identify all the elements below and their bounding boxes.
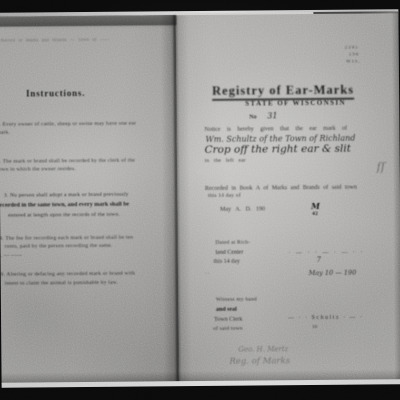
open-book-spread: Record of Marks and Brands — Town of —— … bbox=[0, 9, 400, 387]
signature-line1: Geo. H. Mertz bbox=[238, 346, 288, 353]
signature-line2: Reg. of Marks bbox=[229, 357, 290, 366]
dated-line2: land Center bbox=[215, 250, 243, 256]
pen-flourish: ſſ bbox=[377, 161, 385, 172]
witness-line1: Witness my hand bbox=[216, 298, 257, 304]
dated-line3: this 14 day bbox=[214, 259, 240, 265]
dated-line4: · · bbox=[205, 272, 210, 277]
dated-mark: 7 bbox=[317, 257, 322, 264]
left-top-caption: Record of Marks and Brands — Town of —— bbox=[1, 38, 110, 44]
witness-mark: 10 bbox=[312, 325, 317, 330]
left-page-top-shadow bbox=[0, 15, 176, 27]
right-page-subtitle: STATE OF WISCONSIN bbox=[245, 100, 346, 108]
form-line4: in the left ear bbox=[205, 159, 246, 165]
left-page-speck: . bbox=[94, 295, 96, 301]
record-line3: May A. D. 190 bbox=[220, 206, 265, 212]
corner-stamp-line2: 190 bbox=[349, 53, 360, 58]
form-line1: Notice is hereby given that the ear mark… bbox=[204, 126, 347, 133]
corner-stamp-line1: 2345 bbox=[345, 46, 359, 51]
witness-line4: of said town bbox=[213, 327, 243, 333]
corner-stamp-line3: WIS. bbox=[346, 60, 361, 65]
left-para1-line2: mark. bbox=[0, 131, 10, 137]
witness-line3: Town Clerk bbox=[214, 317, 242, 323]
scanned-ledger-photo: Record of Marks and Brands — Town of —— … bbox=[0, 0, 400, 400]
record-line2: this 14 day of bbox=[208, 194, 241, 200]
form-line3-handwritten: Crop off the right ear & slit bbox=[205, 144, 351, 156]
left-page-heading: Instructions. bbox=[26, 89, 85, 99]
dated-line1: Dated at Rich- bbox=[215, 241, 250, 247]
left-para6-line2: intent to claim the animal is punishable… bbox=[5, 281, 118, 287]
witness-line2: and seal bbox=[216, 307, 237, 313]
dated-dotted-row: · — · · — · — · · bbox=[288, 250, 364, 257]
witness-value-row: — · · Schultz · — · bbox=[288, 315, 364, 322]
left-page bbox=[0, 15, 179, 384]
left-para3-line1: 3. No person shall adopt a mark or brand… bbox=[4, 193, 129, 200]
left-para3-line2: recorded in the same town, and every mar… bbox=[0, 202, 129, 209]
left-para4-line2: cents, paid by the person recording the … bbox=[4, 244, 112, 250]
record-mark-numerator: M bbox=[311, 202, 320, 210]
left-para5-line: 5. — —— bbox=[0, 254, 22, 260]
dated-value-row: May 10 — 190 bbox=[309, 270, 357, 277]
record-mark-denominator: 42 bbox=[312, 212, 318, 218]
number-value: 31 bbox=[267, 112, 277, 120]
left-para4-line1: 4. The fee for recording each mark or br… bbox=[0, 236, 133, 243]
number-label: No bbox=[249, 115, 256, 121]
left-para2-line2: town in which the owner resides. bbox=[0, 167, 76, 173]
left-para6-line1: 6. Altering or defacing any recorded mar… bbox=[1, 272, 135, 279]
left-para3-line3: entered at length upon the records of th… bbox=[8, 213, 120, 219]
